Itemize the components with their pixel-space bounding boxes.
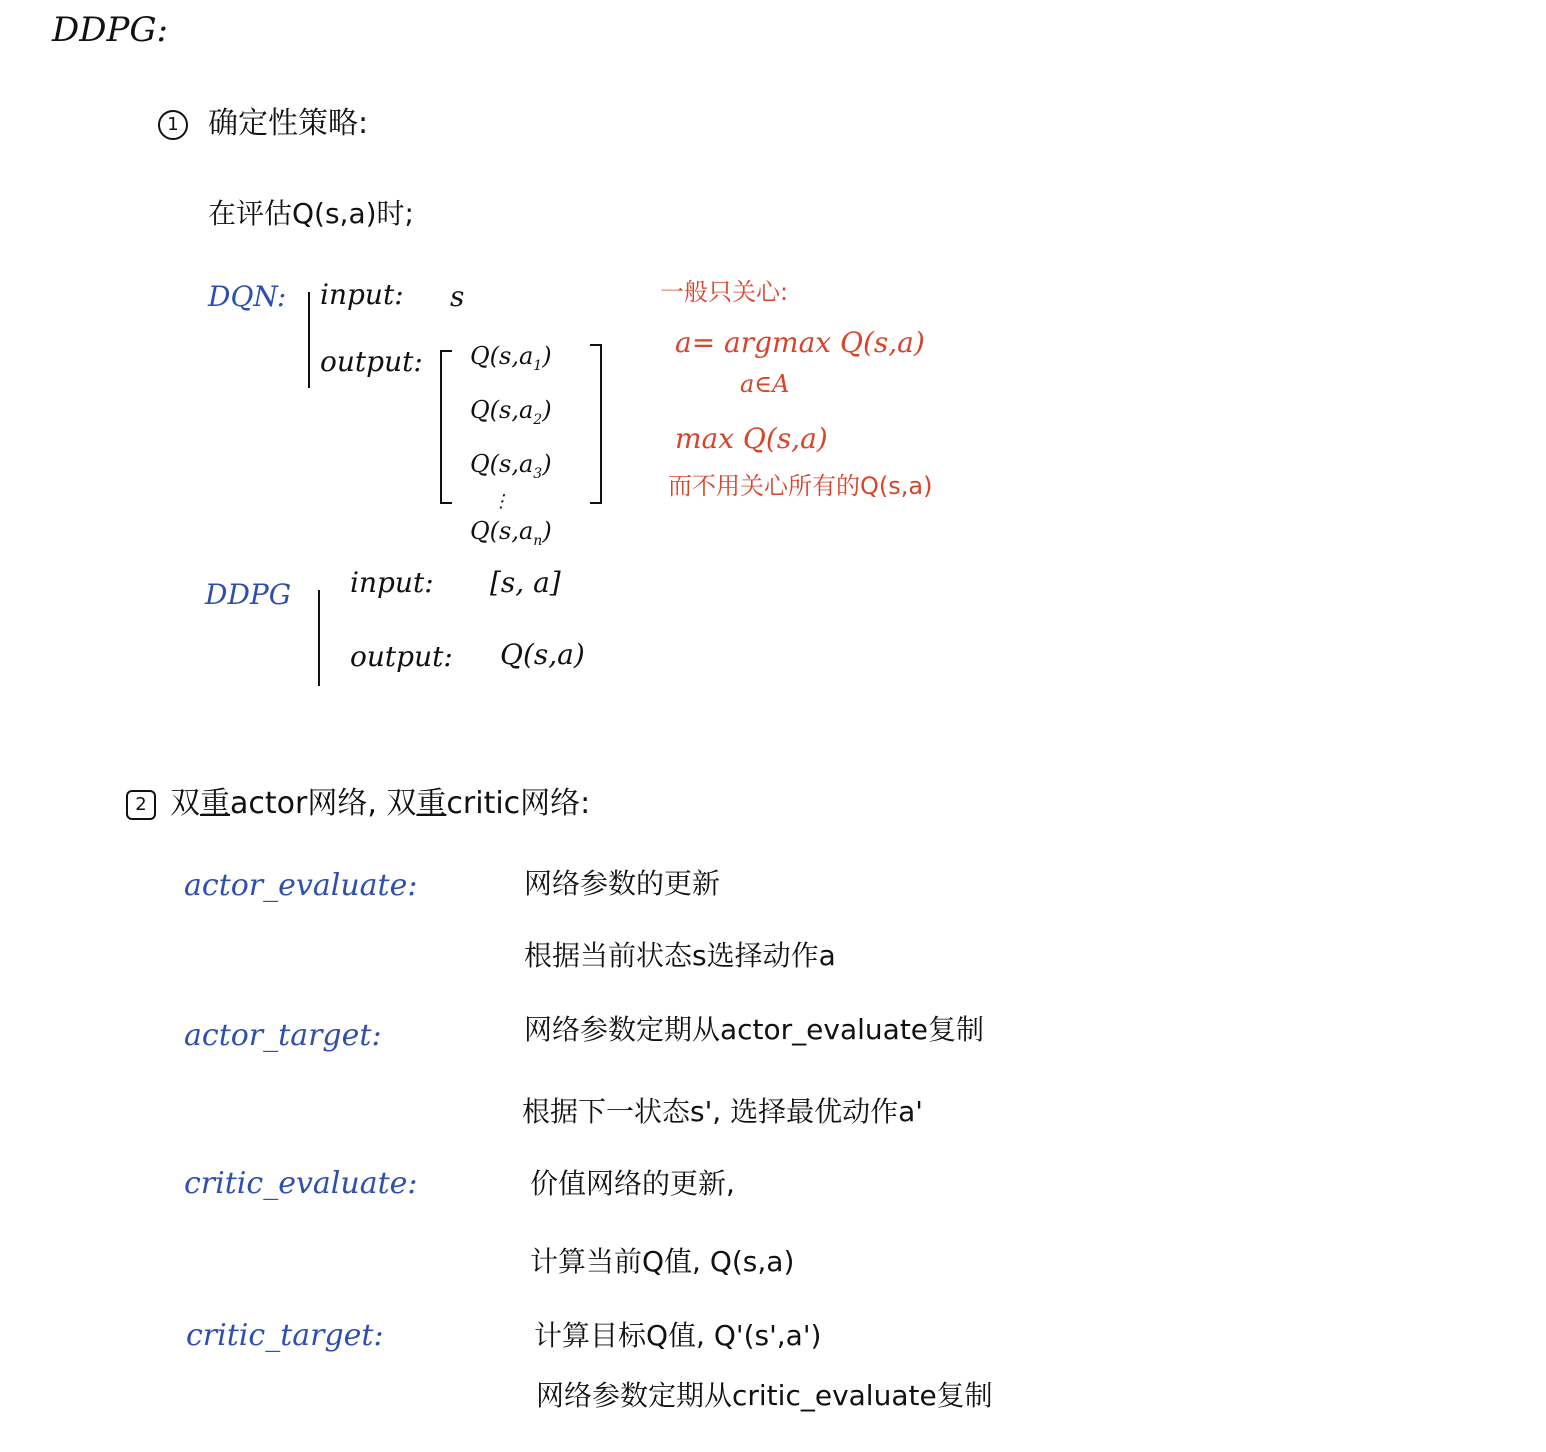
ddpg-label: DDPG	[205, 578, 291, 611]
actor-evaluate-line-1: 网络参数的更新	[524, 862, 720, 902]
section-1-heading: 1确定性策略:	[158, 98, 368, 142]
actor-target-label: actor_target:	[184, 1018, 382, 1053]
ddpg-input-label: input:	[350, 566, 434, 599]
critic-target-line-2: 网络参数定期从critic_evaluate复制	[536, 1374, 993, 1414]
q-value-item: Q(s,an)	[470, 509, 552, 563]
section-number-2: 2	[126, 790, 156, 820]
note-argmax-subscript: a∈A	[740, 370, 789, 398]
dqn-input-value: s	[450, 280, 464, 313]
critic-target-label: critic_target:	[186, 1318, 384, 1353]
note-line-4: 而不用关心所有的Q(s,a)	[668, 466, 932, 501]
dqn-output-label: output:	[320, 345, 423, 378]
output-vector-left-bracket	[440, 350, 452, 504]
page-title: DDPG:	[52, 10, 168, 50]
dqn-brace	[308, 292, 310, 388]
ellipsis-item: ⋮	[470, 495, 552, 509]
critic-evaluate-line-2: 计算当前Q值, Q(s,a)	[530, 1240, 794, 1280]
ddpg-output-value: Q(s,a)	[500, 638, 585, 671]
actor-evaluate-line-2: 根据当前状态s选择动作a	[524, 934, 836, 974]
note-max: max Q(s,a)	[675, 422, 828, 455]
actor-target-line-1: 网络参数定期从actor_evaluate复制	[524, 1008, 984, 1048]
ddpg-brace	[318, 590, 320, 686]
critic-evaluate-label: critic_evaluate:	[184, 1166, 418, 1201]
critic-target-line-1: 计算目标Q值, Q'(s',a')	[534, 1314, 821, 1354]
section-number-1: 1	[158, 110, 188, 140]
note-argmax: a= argmax Q(s,a)	[675, 326, 925, 359]
critic-evaluate-line-1: 价值网络的更新,	[530, 1162, 735, 1202]
actor-evaluate-label: actor_evaluate:	[184, 868, 417, 903]
q-value-item: Q(s,a1)	[470, 334, 552, 388]
section-2-heading: 2双重actor网络, 双重critic网络:	[126, 778, 590, 822]
dqn-input-label: input:	[320, 278, 404, 311]
ddpg-input-value: [s, a]	[490, 566, 561, 599]
dqn-output-vector: Q(s,a1) Q(s,a2) Q(s,a3) ⋮ Q(s,an)	[470, 334, 552, 563]
dqn-label: DQN:	[208, 280, 286, 313]
section-1-title: 确定性策略:	[208, 106, 368, 141]
q-value-item: Q(s,a3)	[470, 442, 552, 496]
actor-target-line-2: 根据下一状态s', 选择最优动作a'	[522, 1090, 923, 1130]
ddpg-output-label: output:	[350, 640, 453, 673]
output-vector-right-bracket	[590, 344, 602, 504]
note-line-1: 一般只关心:	[660, 272, 788, 307]
section-1-intro: 在评估Q(s,a)时;	[208, 192, 414, 232]
q-value-item: Q(s,a2)	[470, 388, 552, 442]
